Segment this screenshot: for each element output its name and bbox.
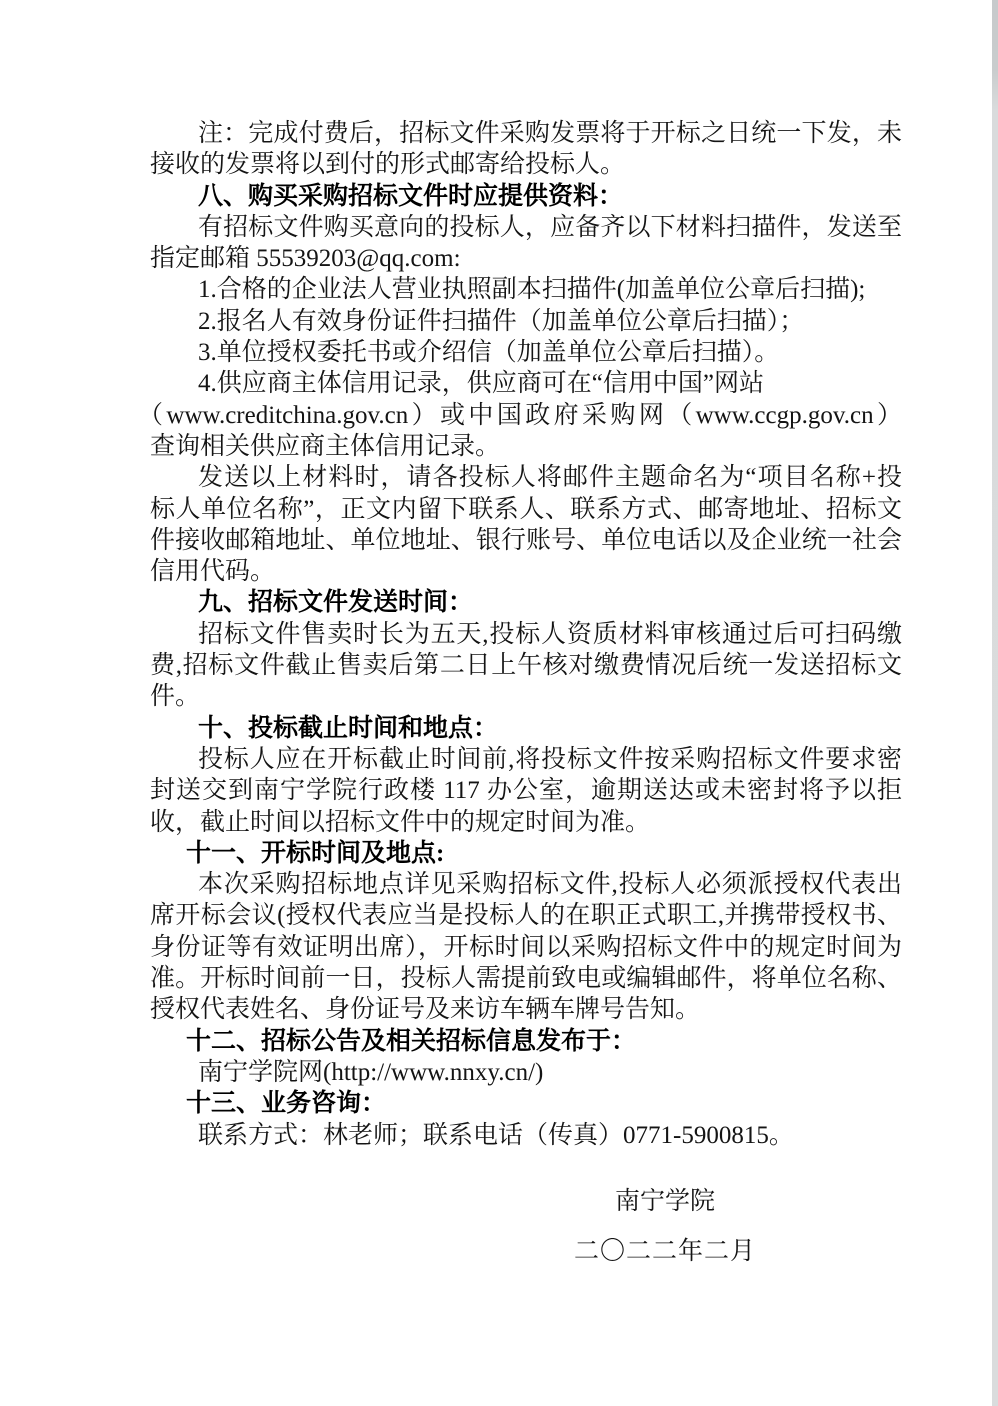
text-line: 授权代表姓名、身份证号及来访车辆车牌号告知。: [150, 994, 902, 1025]
text-line: 身份证等有效证明出席），开标时间以采购招标文件中的规定时间为: [150, 932, 902, 963]
text-line: 1.合格的企业法人营业执照副本扫描件(加盖单位公章后扫描);: [150, 274, 902, 305]
text-line: 4.供应商主体信用记录，供应商可在“信用中国”网站: [150, 368, 902, 399]
text-line: 3.单位授权委托书或介绍信（加盖单位公章后扫描）。: [150, 337, 902, 368]
section-heading: 十、投标截止时间和地点：: [150, 713, 902, 744]
text-line: 招标文件售卖时长为五天,投标人资质材料审核通过后可扫码缴: [150, 619, 902, 650]
text-line: 件接收邮箱地址、单位地址、银行账号、单位电话以及企业统一社会: [150, 525, 902, 556]
text-line: 投标人应在开标截止时间前,将投标文件按采购招标文件要求密: [150, 744, 902, 775]
section-heading: 九、招标文件发送时间：: [150, 587, 902, 618]
signature-organization: 南宁学院: [465, 1186, 865, 1217]
section-heading: 八、购买采购招标文件时应提供资料：: [150, 181, 902, 212]
page-edge-shadow: [992, 0, 998, 1406]
text-line: 2.报名人有效身份证件扫描件（加盖单位公章后扫描）；: [150, 306, 902, 337]
text-line: 件。: [150, 681, 902, 712]
text-line: 信用代码。: [150, 556, 902, 587]
text-line: 封送交到南宁学院行政楼 117 办公室，逾期送达或未密封将予以拒: [150, 775, 902, 806]
section-heading: 十一、开标时间及地点:: [150, 838, 902, 869]
signature-block: 南宁学院 二〇二二年二月: [465, 1172, 865, 1267]
text-line: 联系方式：林老师；联系电话（传真）0771-5900815。: [150, 1120, 902, 1151]
text-line: 标人单位名称”，正文内留下联系人、联系方式、邮寄地址、招标文: [150, 494, 902, 525]
document-page: 注：完成付费后，招标文件采购发票将于开标之日统一下发，未接收的发票将以到付的形式…: [0, 0, 998, 1406]
text-line: 查询相关供应商主体信用记录。: [150, 431, 902, 462]
text-line: 指定邮箱 55539203@qq.com:: [150, 243, 902, 274]
text-line: 费,招标文件截止售卖后第二日上午核对缴费情况后统一发送招标文: [150, 650, 902, 681]
section-heading: 十三、业务咨询：: [150, 1088, 902, 1119]
text-line: 席开标会议(授权代表应当是投标人的在职正式职工,并携带授权书、: [150, 900, 902, 931]
text-line: 注：完成付费后，招标文件采购发票将于开标之日统一下发，未: [150, 118, 902, 149]
text-line: 有招标文件购买意向的投标人，应备齐以下材料扫描件，发送至: [150, 212, 902, 243]
text-line: 准。开标时间前一日，投标人需提前致电或编辑邮件，将单位名称、: [150, 963, 902, 994]
signature-date: 二〇二二年二月: [465, 1236, 865, 1267]
text-line: 本次采购招标地点详见采购招标文件,投标人必须派授权代表出: [150, 869, 902, 900]
text-line: （www.creditchina.gov.cn）或中国政府采购网（www.ccg…: [138, 400, 902, 431]
text-line: 收，截止时间以招标文件中的规定时间为准。: [150, 807, 902, 838]
text-line: 接收的发票将以到付的形式邮寄给投标人。: [150, 149, 902, 180]
text-line: 发送以上材料时，请各投标人将邮件主题命名为“项目名称+投: [150, 462, 902, 493]
document-lines: 注：完成付费后，招标文件采购发票将于开标之日统一下发，未接收的发票将以到付的形式…: [150, 118, 902, 1151]
section-heading: 十二、招标公告及相关招标信息发布于：: [150, 1026, 902, 1057]
text-line: 南宁学院网(http://www.nnxy.cn/): [150, 1057, 902, 1088]
